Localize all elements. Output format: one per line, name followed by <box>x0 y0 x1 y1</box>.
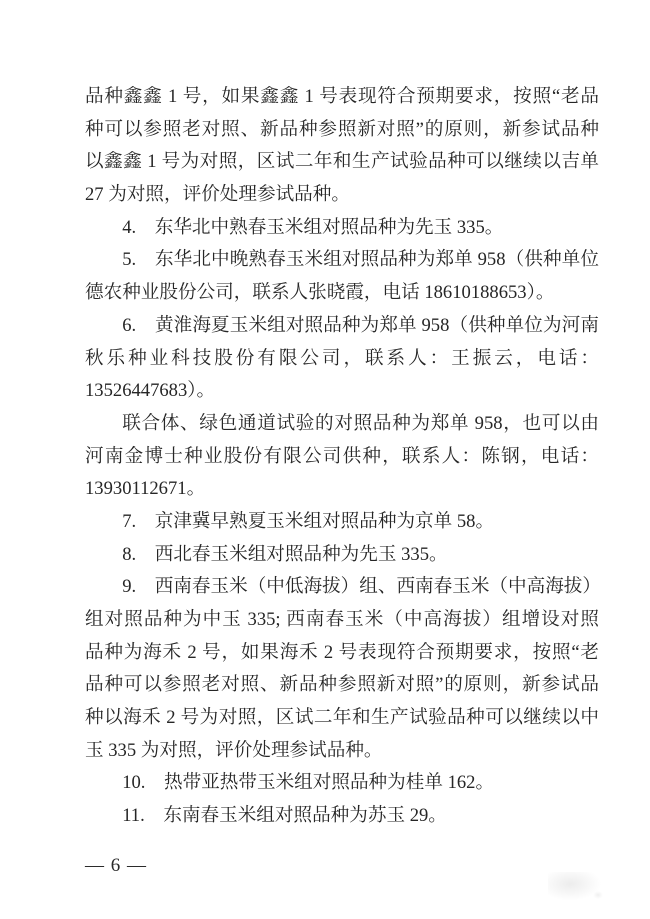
text-line: 27 为对照，评价处理参试品种。 <box>85 179 599 212</box>
text-line: 品种为海禾 2 号，如果海禾 2 号表现符合预期要求，按照“老 <box>85 637 599 670</box>
page-number: — 6 — <box>85 855 147 877</box>
paragraph-xinxin-continuation: 品种鑫鑫 1 号，如果鑫鑫 1 号表现符合预期要求，按照“老品种可以参照老对照、… <box>85 81 599 212</box>
text-line: 种以海禾 2 号为对照，区试二年和生产试验品种可以继续以中 <box>85 702 599 735</box>
text-line: 9. 西南春玉米（中低海拔）组、西南春玉米（中高海拔） <box>85 571 599 604</box>
paragraph-item-5: 5. 东华北中晚熟春玉米组对照品种为郑单 958（供种单位德农种业股份公司，联系… <box>85 244 599 309</box>
paragraph-item-11: 11. 东南春玉米组对照品种为苏玉 29。 <box>85 800 599 833</box>
text-line: 德农种业股份公司，联系人张晓霞，电话 18610188653）。 <box>85 277 599 310</box>
text-line: 品种鑫鑫 1 号，如果鑫鑫 1 号表现符合预期要求，按照“老品 <box>85 81 599 114</box>
text-line: 种可以参照老对照、新品种参照新对照”的原则，新参试品种 <box>85 114 599 147</box>
paragraph-item-9: 9. 西南春玉米（中低海拔）组、西南春玉米（中高海拔）组对照品种为中玉 335;… <box>85 571 599 767</box>
text-line: 河南金博士种业股份有限公司供种，联系人：陈钢，电话： <box>85 441 599 474</box>
document-page: 品种鑫鑫 1 号，如果鑫鑫 1 号表现符合预期要求，按照“老品种可以参照老对照、… <box>0 0 650 919</box>
text-line: 10. 热带亚热带玉米组对照品种为桂单 162。 <box>85 767 599 800</box>
text-line: 玉 335 为对照，评价处理参试品种。 <box>85 735 599 768</box>
text-line: 秋乐种业科技股份有限公司，联系人：王振云，电话： <box>85 343 599 376</box>
text-line: 联合体、绿色通道试验的对照品种为郑单 958，也可以由 <box>85 408 599 441</box>
document-body: 品种鑫鑫 1 号，如果鑫鑫 1 号表现符合预期要求，按照“老品种可以参照老对照、… <box>85 81 599 833</box>
text-line: 6. 黄淮海夏玉米组对照品种为郑单 958（供种单位为河南 <box>85 310 599 343</box>
text-line: 7. 京津冀早熟夏玉米组对照品种为京单 58。 <box>85 506 599 539</box>
text-line: 5. 东华北中晚熟春玉米组对照品种为郑单 958（供种单位 <box>85 244 599 277</box>
paragraph-lianheti-green-channel: 联合体、绿色通道试验的对照品种为郑单 958，也可以由河南金博士种业股份有限公司… <box>85 408 599 506</box>
paragraph-item-4: 4. 东华北中熟春玉米组对照品种为先玉 335。 <box>85 212 599 245</box>
text-line: 13930112671。 <box>85 473 599 506</box>
scan-artifact <box>548 872 604 902</box>
text-line: 4. 东华北中熟春玉米组对照品种为先玉 335。 <box>85 212 599 245</box>
text-line: 11. 东南春玉米组对照品种为苏玉 29。 <box>85 800 599 833</box>
text-line: 品种可以参照老对照、新品种参照新对照”的原则，新参试品 <box>85 669 599 702</box>
text-line: 以鑫鑫 1 号为对照，区试二年和生产试验品种可以继续以吉单 <box>85 146 599 179</box>
scan-artifact-dot <box>593 891 603 899</box>
text-line: 13526447683）。 <box>85 375 599 408</box>
paragraph-item-6: 6. 黄淮海夏玉米组对照品种为郑单 958（供种单位为河南秋乐种业科技股份有限公… <box>85 310 599 408</box>
paragraph-item-7: 7. 京津冀早熟夏玉米组对照品种为京单 58。 <box>85 506 599 539</box>
paragraph-item-10: 10. 热带亚热带玉米组对照品种为桂单 162。 <box>85 767 599 800</box>
paragraph-item-8: 8. 西北春玉米组对照品种为先玉 335。 <box>85 539 599 572</box>
text-line: 8. 西北春玉米组对照品种为先玉 335。 <box>85 539 599 572</box>
text-line: 组对照品种为中玉 335; 西南春玉米（中高海拔）组增设对照 <box>85 604 599 637</box>
